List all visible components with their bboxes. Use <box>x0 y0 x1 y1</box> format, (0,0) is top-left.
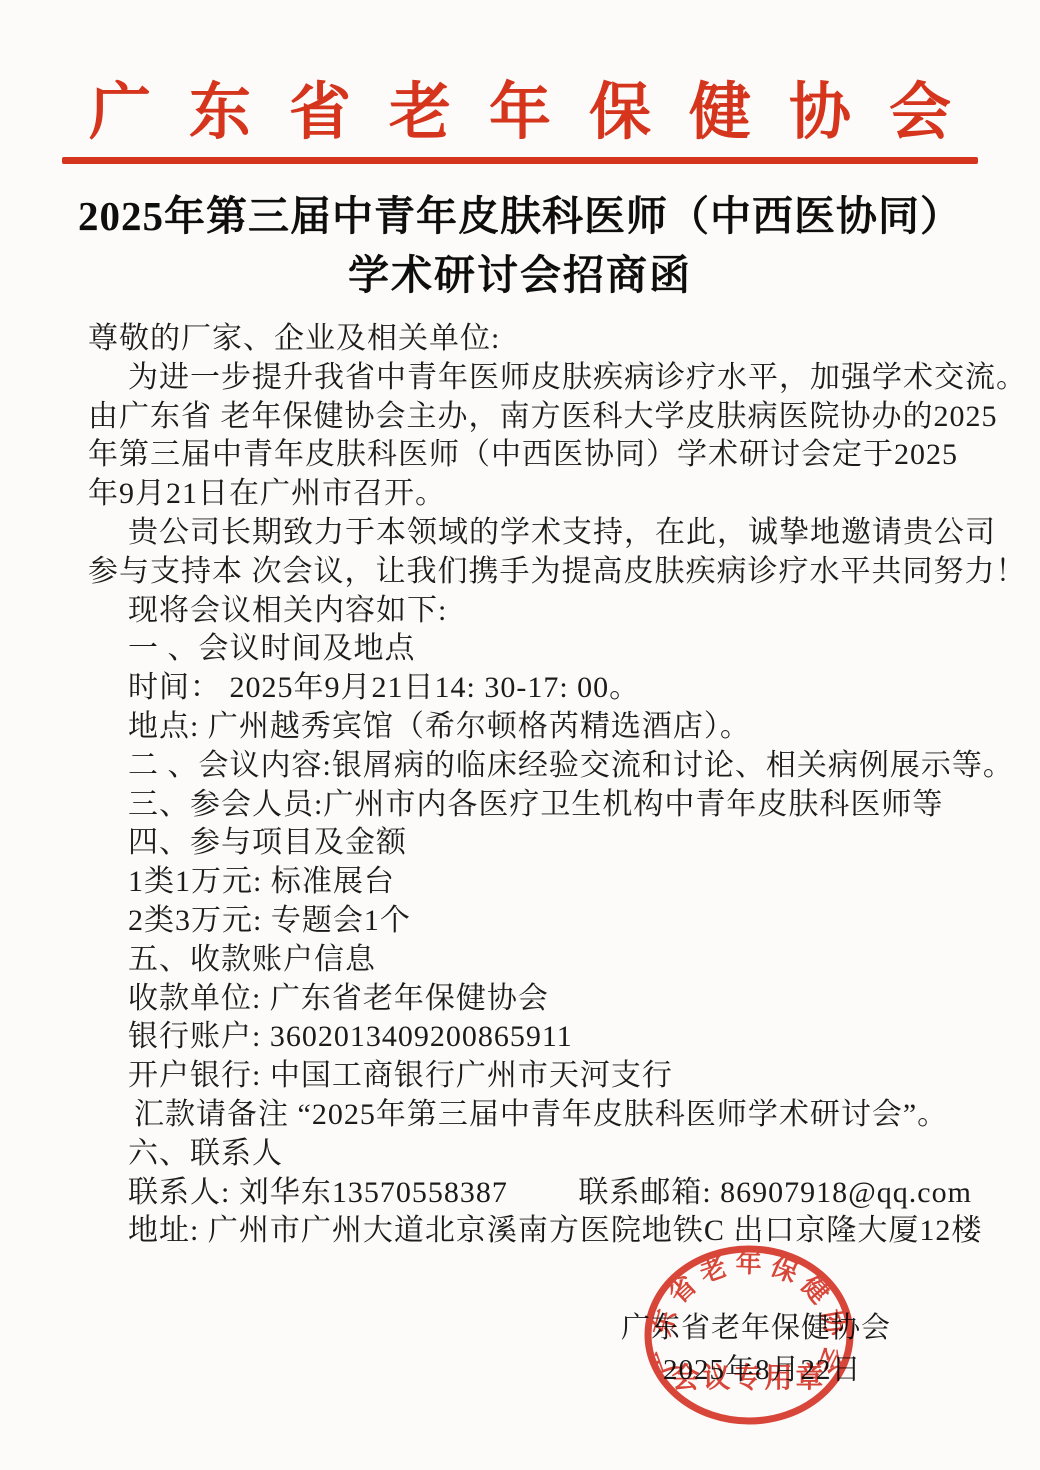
stamp-bottom-text: 会议专用章 <box>671 1361 826 1394</box>
doc-title-line-1: 2025年第三届中青年皮肤科医师（中西医协同） <box>40 192 1000 240</box>
letter-page: 广东省老年保健协会 2025年第三届中青年皮肤科医师（中西医协同） 学术研讨会招… <box>0 0 1040 1470</box>
body-line: 时间： 2025年9月21日14: 30-17: 00。 <box>88 669 988 708</box>
body-line: 现将会议相关内容如下: <box>88 592 988 631</box>
body-line: 尊敬的厂家、企业及相关单位: <box>88 320 988 359</box>
body-line: 开户银行: 中国工商银行广州市天河支行 <box>88 1057 988 1096</box>
body-line: 地点: 广州越秀宾馆（希尔顿格芮精选酒店）。 <box>88 708 988 747</box>
body-line: 1类1万元: 标准展台 <box>88 863 988 902</box>
body-line: 收款单位: 广东省老年保健协会 <box>88 980 988 1019</box>
doc-title: 2025年第三届中青年皮肤科医师（中西医协同） 学术研讨会招商函 <box>40 192 1000 299</box>
body-line: 银行账户: 3602013409200865911 <box>88 1018 988 1057</box>
body-line: 三、参会人员:广州市内各医疗卫生机构中青年皮肤科医师等 <box>88 786 988 825</box>
official-stamp: 广东省老年保健协会 会议专用章 <box>641 1242 857 1432</box>
body-line: 为进一步提升我省中青年医师皮肤疾病诊疗水平，加强学术交流。 <box>88 359 988 398</box>
body-line: 年9月21日在广州市召开。 <box>88 475 988 514</box>
body-line: 联系人: 刘华东13570558387 联系邮箱: 86907918@qq.co… <box>88 1174 988 1213</box>
doc-title-line-2: 学术研讨会招商函 <box>40 251 1000 299</box>
red-divider-rule <box>62 157 978 164</box>
body-line: 六、联系人 <box>88 1135 988 1174</box>
body-line: 四、参与项目及金额 <box>88 824 988 863</box>
body-line: 参与支持本 次会议，让我们携手为提高皮肤疾病诊疗水平共同努力！ <box>88 553 988 592</box>
body-line: 二 、会议内容:银屑病的临床经验交流和讨论、相关病例展示等。 <box>88 747 988 786</box>
letter-body: 尊敬的厂家、企业及相关单位: 为进一步提升我省中青年医师皮肤疾病诊疗水平，加强学… <box>88 320 988 1251</box>
body-line: 贵公司长期致力于本领域的学术支持，在此，诚挚地邀请贵公司 <box>88 514 988 553</box>
body-line: 2类3万元: 专题会1个 <box>88 902 988 941</box>
org-header-title: 广东省老年保健协会 <box>0 78 1040 148</box>
body-line: 五、收款账户信息 <box>88 941 988 980</box>
body-line: 一 、会议时间及地点 <box>88 630 988 669</box>
body-line: 年第三届中青年皮肤科医师（中西医协同）学术研讨会定于2025 <box>88 436 988 475</box>
body-line: 汇款请备注 “2025年第三届中青年皮肤科医师学术研讨会”。 <box>88 1096 988 1135</box>
body-line: 由广东省 老年保健协会主办，南方医科大学皮肤病医院协办的2025 <box>88 398 988 437</box>
